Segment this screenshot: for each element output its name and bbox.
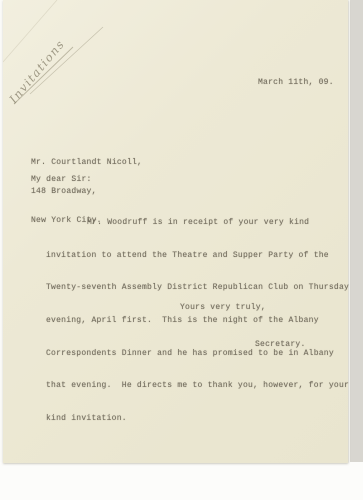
body-line: Twenty-seventh Assembly District Republi… (46, 281, 338, 294)
scanned-letter-view: Invitations March 11th, 09. Mr. Courtlan… (0, 0, 363, 500)
letter-date: March 11th, 09. (258, 78, 334, 88)
body-line: that evening. He directs me to thank you… (46, 379, 338, 392)
scanner-background (0, 462, 363, 500)
body-line: kind invitation. (46, 412, 338, 425)
handwritten-filing-annotation: Invitations (6, 37, 67, 106)
body-line: evening, April first. This is the night … (46, 314, 338, 327)
salutation: My dear Sir: (31, 175, 92, 185)
recipient-name: Mr. Courtlandt Nicoll, (31, 158, 142, 168)
body-line: invitation to attend the Theatre and Sup… (46, 249, 338, 262)
body-line: Mr. Woodruff is in receipt of your very … (46, 216, 338, 229)
complimentary-closing: Yours very truly, (180, 303, 266, 313)
scanner-edge-strip (350, 0, 363, 500)
signature-line: Secretary. (255, 340, 306, 350)
letter-body: Mr. Woodruff is in receipt of your very … (46, 197, 338, 444)
letter-page: Invitations March 11th, 09. Mr. Courtlan… (3, 0, 348, 463)
recipient-street: 148 Broadway, (31, 187, 142, 197)
